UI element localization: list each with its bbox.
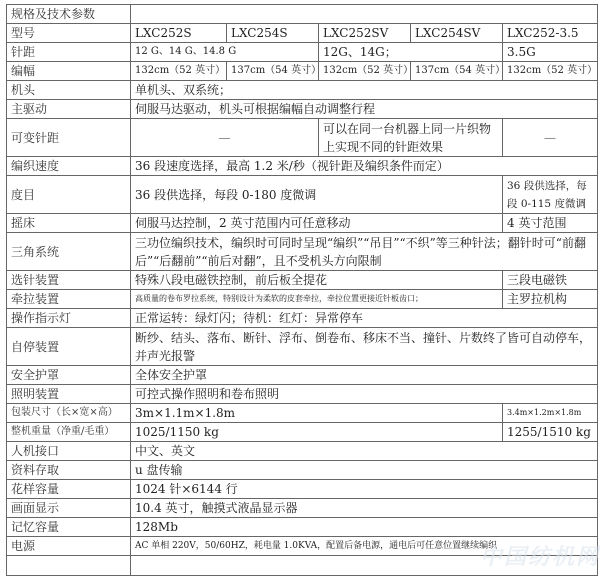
- row-label: 机头: [7, 81, 131, 100]
- value-cell: [131, 556, 598, 576]
- row-label: 安全护罩: [7, 366, 131, 385]
- table-row-gauge: 针距 12 G、14 G、14.8 G 12G、14G； 3.5G: [7, 43, 598, 62]
- table-row-needle-selection: 选针装置 特殊八段电磁铁控制，前后板全提花 三段电磁铁: [7, 271, 598, 290]
- value-cell: u 盘传输: [131, 461, 598, 480]
- row-label: 主驱动: [7, 100, 131, 119]
- value-cell: 三段电磁铁: [503, 271, 598, 290]
- row-label: 牵拉装置: [7, 290, 131, 309]
- model-cell: LXC254S: [227, 24, 319, 43]
- value-cell: 10.4 英寸，触摸式液晶显示器: [131, 499, 598, 518]
- table-row-lighting: 照明装置 可控式操作照明和卷布照明: [7, 385, 598, 404]
- table-row-weight: 整机重量（净重/毛重） 1025/1150 kg 1255/1510 kg: [7, 423, 598, 442]
- row-label: 操作指示灯: [7, 309, 131, 328]
- row-label: 电源: [7, 537, 131, 556]
- value-cell: 1255/1510 kg: [503, 423, 598, 442]
- value-cell: 36 段供选择，每段 0-180 度微调: [131, 176, 503, 214]
- table-row-data-access: 资料存取 u 盘传输: [7, 461, 598, 480]
- value-cell: 断纱、结头、落布、断针、浮布、倒卷布、移床不当、撞针、片数终了皆可自动停车，并声…: [131, 328, 598, 366]
- value-cell: 全体安全护罩: [131, 366, 598, 385]
- value-cell: 特殊八段电磁铁控制，前后板全提花: [131, 271, 503, 290]
- value-cell: 3.4m×1.2m×1.8m: [503, 404, 598, 423]
- value-cell: 132cm（52 英寸）: [319, 62, 411, 81]
- table-row-cam-system: 三角系统 三功位编织技术，编织时可同时呈现“编织”“吊目”“不织”等三种针法；翻…: [7, 233, 598, 271]
- value-cell: 3m×1.1m×1.8m: [131, 404, 503, 423]
- row-label: 针距: [7, 43, 131, 62]
- value-cell: 1025/1150 kg: [131, 423, 503, 442]
- row-label: 型号: [7, 24, 131, 43]
- table-row-width: 编幅 132cm（52 英寸） 137cm（54 英寸） 132cm（52 英寸…: [7, 62, 598, 81]
- row-label: 记忆容量: [7, 518, 131, 537]
- value-cell: 12 G、14 G、14.8 G: [131, 43, 319, 62]
- value-cell: 132cm（52 英寸）: [503, 62, 598, 81]
- row-label: 花样容量: [7, 480, 131, 499]
- row-label: 自停装置: [7, 328, 131, 366]
- model-cell: LXC254SV: [411, 24, 503, 43]
- row-label: 整机重量（净重/毛重）: [7, 423, 131, 442]
- table-row-memory: 记忆容量 128Mb: [7, 518, 598, 537]
- table-row-blank: [7, 556, 598, 576]
- value-cell: 36 段速度选择，最高 1.2 米/秒（视针距及编织条件而定）: [131, 157, 598, 176]
- table-row-racking: 摇床 伺服马达控制，2 英寸范围内可任意移动 4 英寸范围: [7, 214, 598, 233]
- value-cell: 12G、14G；: [319, 43, 503, 62]
- value-cell: 137cm（54 英寸）: [227, 62, 319, 81]
- table-row-display: 画面显示 10.4 英寸，触摸式液晶显示器: [7, 499, 598, 518]
- row-label: 包装尺寸（长×宽×高）: [7, 404, 131, 423]
- row-label: 选针装置: [7, 271, 131, 290]
- value-cell: 高质量的卷布罗拉系统，特别设计为柔软的皮套牵拉，牵拉位置更接近针板齿口；: [131, 290, 503, 309]
- table-row-models: 型号 LXC252S LXC254S LXC252SV LXC254SV LXC…: [7, 24, 598, 43]
- value-cell: 中文、英文: [131, 442, 598, 461]
- row-label: 度目: [7, 176, 131, 214]
- value-cell: 可控式操作照明和卷布照明: [131, 385, 598, 404]
- table-row-power: 电源 AC 单相 220V，50/60HZ，耗电量 1.0KVA，配置后备电源，…: [7, 537, 598, 556]
- table-row-takedown: 牵拉装置 高质量的卷布罗拉系统，特别设计为柔软的皮套牵拉，牵拉位置更接近针板齿口…: [7, 290, 598, 309]
- row-label: 编幅: [7, 62, 131, 81]
- table-row-head: 机头 单机头、双系统；: [7, 81, 598, 100]
- value-cell: 4 英寸范围: [503, 214, 598, 233]
- value-cell: 36 段供选择，每段 0-115 度微调: [503, 176, 598, 214]
- table-row-knit-speed: 编织速度 36 段速度选择，最高 1.2 米/秒（视针距及编织条件而定）: [7, 157, 598, 176]
- value-cell: 128Mb: [131, 518, 598, 537]
- model-cell: LXC252S: [131, 24, 227, 43]
- model-cell: LXC252-3.5: [503, 24, 598, 43]
- value-cell: 伺服马达控制，2 英寸范围内可任意移动: [131, 214, 503, 233]
- value-cell: 主罗拉机构: [503, 290, 598, 309]
- value-cell: 3.5G: [503, 43, 598, 62]
- value-cell: AC 单相 220V，50/60HZ，耗电量 1.0KVA，配置后备电源，通电后…: [131, 537, 598, 556]
- row-label: 照明装置: [7, 385, 131, 404]
- table-row-indicator: 操作指示灯 正常运转：绿灯闪；待机：红灯：异常停车: [7, 309, 598, 328]
- value-cell: 132cm（52 英寸）: [131, 62, 227, 81]
- table-row-main-drive: 主驱动 伺服马达驱动，机头可根据编幅自动调整行程: [7, 100, 598, 119]
- value-cell: 伺服马达驱动，机头可根据编幅自动调整行程: [131, 100, 598, 119]
- row-label: 可变针距: [7, 119, 131, 157]
- table-row-variable-gauge: 可变针距 — 可以在同一台机器上同一片织物上实现不同的针距效果 —: [7, 119, 598, 157]
- row-label: 摇床: [7, 214, 131, 233]
- row-label: 编织速度: [7, 157, 131, 176]
- table-row-safety-cover: 安全护罩 全体安全护罩: [7, 366, 598, 385]
- table-title: 规格及技术参数: [7, 5, 131, 24]
- value-cell: 137cm（54 英寸）: [411, 62, 503, 81]
- row-label: 三角系统: [7, 233, 131, 271]
- row-label: 资料存取: [7, 461, 131, 480]
- value-cell: —: [503, 119, 598, 157]
- value-cell: 三功位编织技术，编织时可同时呈现“编织”“吊目”“不织”等三种针法；翻针时可“前…: [131, 233, 598, 271]
- model-cell: LXC252SV: [319, 24, 411, 43]
- row-label: 人机接口: [7, 442, 131, 461]
- row-label: [7, 556, 131, 576]
- row-label: 画面显示: [7, 499, 131, 518]
- value-cell: 可以在同一台机器上同一片织物上实现不同的针距效果: [319, 119, 503, 157]
- table-title-blank: [131, 5, 598, 24]
- value-cell: —: [131, 119, 319, 157]
- table-row-package-size: 包装尺寸（长×宽×高） 3m×1.1m×1.8m 3.4m×1.2m×1.8m: [7, 404, 598, 423]
- table-row-stitch: 度目 36 段供选择，每段 0-180 度微调 36 段供选择，每段 0-115…: [7, 176, 598, 214]
- table-row-pattern-capacity: 花样容量 1024 针×6144 行: [7, 480, 598, 499]
- value-cell: 1024 针×6144 行: [131, 480, 598, 499]
- value-cell: 正常运转：绿灯闪；待机：红灯：异常停车: [131, 309, 598, 328]
- table-row-hmi: 人机接口 中文、英文: [7, 442, 598, 461]
- table-row-auto-stop: 自停装置 断纱、结头、落布、断针、浮布、倒卷布、移床不当、撞针、片数终了皆可自动…: [7, 328, 598, 366]
- table-row-title: 规格及技术参数: [7, 5, 598, 24]
- value-cell: 单机头、双系统；: [131, 81, 598, 100]
- spec-table: 规格及技术参数 型号 LXC252S LXC254S LXC252SV LXC2…: [6, 4, 598, 576]
